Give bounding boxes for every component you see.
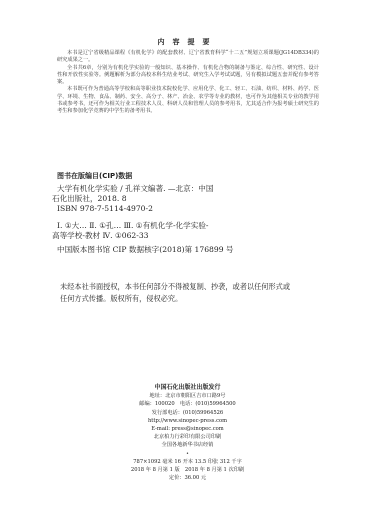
copyright-notice: 未经本社书面授权，本书任何部分不得被复制、抄袭，或者以任何形式或 任何方式传播。… — [60, 281, 300, 305]
cip-number: 中国版本图书馆 CIP 数据核字(2018)第 176899 号 — [57, 244, 234, 255]
book-specs: 787×1092 毫米 16 开本 13.5 印张 312 千字 — [0, 458, 375, 466]
colophon: 中国石化出版社出版发行 地址：北京市朝阳区吉市口路9号 邮编：100020 电话… — [0, 384, 375, 482]
copyright-line: 未经本社书面授权，本书任何部分不得被复制、抄袭，或者以任何形式或 — [60, 281, 300, 293]
edition-info: 2018 年 8 月第 1 版 2018 年 8 月第 1 次印刷 — [0, 466, 375, 474]
printer: 北京柏力行彩印有限公司印刷 — [0, 433, 375, 441]
abstract-paragraph: 本书是辽宁省级精品课程《有机化学》的配套教材、辽宁省教育科学“十二五”规划立项课… — [57, 50, 319, 65]
abstract-paragraph: 全书共6章，分别为有机化学实验的一般知识、基本操作、有机化合物的制备与鉴定、综合… — [57, 65, 319, 87]
sales-phone: 发行部电话：(010)59964526 — [0, 409, 375, 417]
website: http://www.sinopec-press.com — [0, 417, 375, 425]
email: E-mail: press@sinopec.com — [0, 425, 375, 433]
distribution: 全国各地新华书店经销 — [0, 441, 375, 449]
cip-line-isbn: ISBN 978-7-5114-4970-2 — [52, 204, 282, 214]
cip-heading: 图书在版编目(CIP)数据 — [57, 171, 132, 181]
cip-record: 大学有机化学实验 / 孔祥文编著. —北京：中国 石化出版社，2018. 8 I… — [52, 184, 282, 241]
abstract-title: 内容提要 — [0, 37, 375, 47]
postal-phone: 邮编：100020 电话：(010)59964500 — [0, 400, 375, 408]
abstract-paragraph: 本书既可作为普通高等学校和高等职业技术院校化学、应用化学、化工、轻工、石油、纺织… — [57, 86, 319, 115]
copyright-line: 任何方式传播。版权所有，侵权必究。 — [60, 293, 300, 305]
separator-dot: • — [0, 450, 375, 458]
cip-line-subjects: Ⅰ. ①大… Ⅱ. ①孔… Ⅲ. ①有机化学-化学实验- — [52, 221, 282, 231]
price: 定价：36.00 元 — [0, 474, 375, 482]
publisher-name: 中国石化出版社出版发行 — [0, 384, 375, 392]
cip-line-title: 大学有机化学实验 / 孔祥文编著. —北京：中国 — [52, 184, 282, 194]
cip-line-publisher: 石化出版社，2018. 8 — [52, 194, 282, 204]
abstract-body: 本书是辽宁省级精品课程《有机化学》的配套教材、辽宁省教育科学“十二五”规划立项课… — [57, 50, 319, 116]
publisher-address: 地址：北京市朝阳区吉市口路9号 — [0, 392, 375, 400]
cip-line-classification: 高等学校-教材 Ⅳ. ①062-33 — [52, 231, 282, 241]
